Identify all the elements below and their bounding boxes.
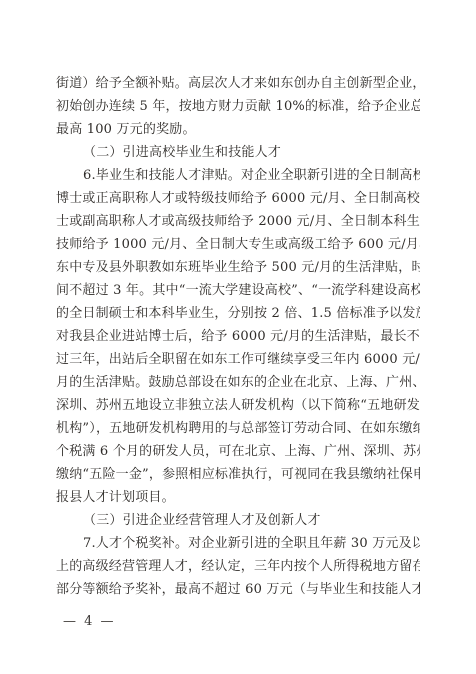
text-line: 博士或正高职称人才或特级技师给予 6000 元/月、全日制高校硕	[56, 187, 420, 210]
page-number: — 4 —	[63, 612, 116, 632]
text-line: 7.人才个税奖补。对企业新引进的全职且年薪 30 万元及以	[56, 532, 420, 555]
text-line: 街道）给予全额补贴。高层次人才来如东创办自主创新型企业，	[56, 72, 420, 95]
text-line: 机构”），五地研发机构聘用的与总部签订劳动合同、在如东缴纳	[56, 417, 420, 440]
document-body-text: 街道）给予全额补贴。高层次人才来如东创办自主创新型企业， 初始创办连续 5 年，…	[56, 72, 420, 601]
text-line: 间不超过 3 年。其中“一流大学建设高校”、“一流学科建设高校”	[56, 279, 420, 302]
text-line: 最高 100 万元的奖励。	[56, 118, 420, 141]
text-line: 对我县企业进站博士后，给予 6000 元/月的生活津贴，最长不超	[56, 325, 420, 348]
text-line: 东中专及县外职教如东班毕业生给予 500 元/月的生活津贴，时	[56, 256, 420, 279]
text-line: 个税满 6 个月的研发人员，可在北京、上海、广州、深圳、苏州	[56, 440, 420, 463]
text-line: 技师给予 1000 元/月、全日制大专生或高级工给予 600 元/月、如	[56, 233, 420, 256]
text-line: 部分等额给予奖补，最高不超过 60 万元（与毕业生和技能人才	[56, 578, 420, 601]
text-line: 的全日制硕士和本科毕业生，分别按 2 倍、1.5 倍标准予以发放。	[56, 302, 420, 325]
text-line: 缴纳“五险一金”，参照相应标准执行，可视同在我县缴纳社保申	[56, 463, 420, 486]
text-line: 初始创办连续 5 年，按地方财力贡献 10%的标准，给予企业总额	[56, 95, 420, 118]
text-line: 月的生活津贴。鼓励总部设在如东的企业在北京、上海、广州、	[56, 371, 420, 394]
section-heading: （二）引进高校毕业生和技能人才	[56, 141, 420, 164]
text-line: 深圳、苏州五地设立非独立法人研发机构（以下简称“五地研发	[56, 394, 420, 417]
text-line: 上的高级经营管理人才，经认定，三年内按个人所得税地方留存	[56, 555, 420, 578]
section-heading: （三）引进企业经营管理人才及创新人才	[56, 509, 420, 532]
text-line: 过三年，出站后全职留在如东工作可继续享受三年内 6000 元/	[56, 348, 420, 371]
text-line: 6.毕业生和技能人才津贴。对企业全职新引进的全日制高校	[56, 164, 420, 187]
document-page: 街道）给予全额补贴。高层次人才来如东创办自主创新型企业， 初始创办连续 5 年，…	[0, 0, 476, 674]
text-line: 报县人才计划项目。	[56, 486, 420, 509]
text-line: 士或副高职称人才或高级技师给予 2000 元/月、全日制本科生或	[56, 210, 420, 233]
